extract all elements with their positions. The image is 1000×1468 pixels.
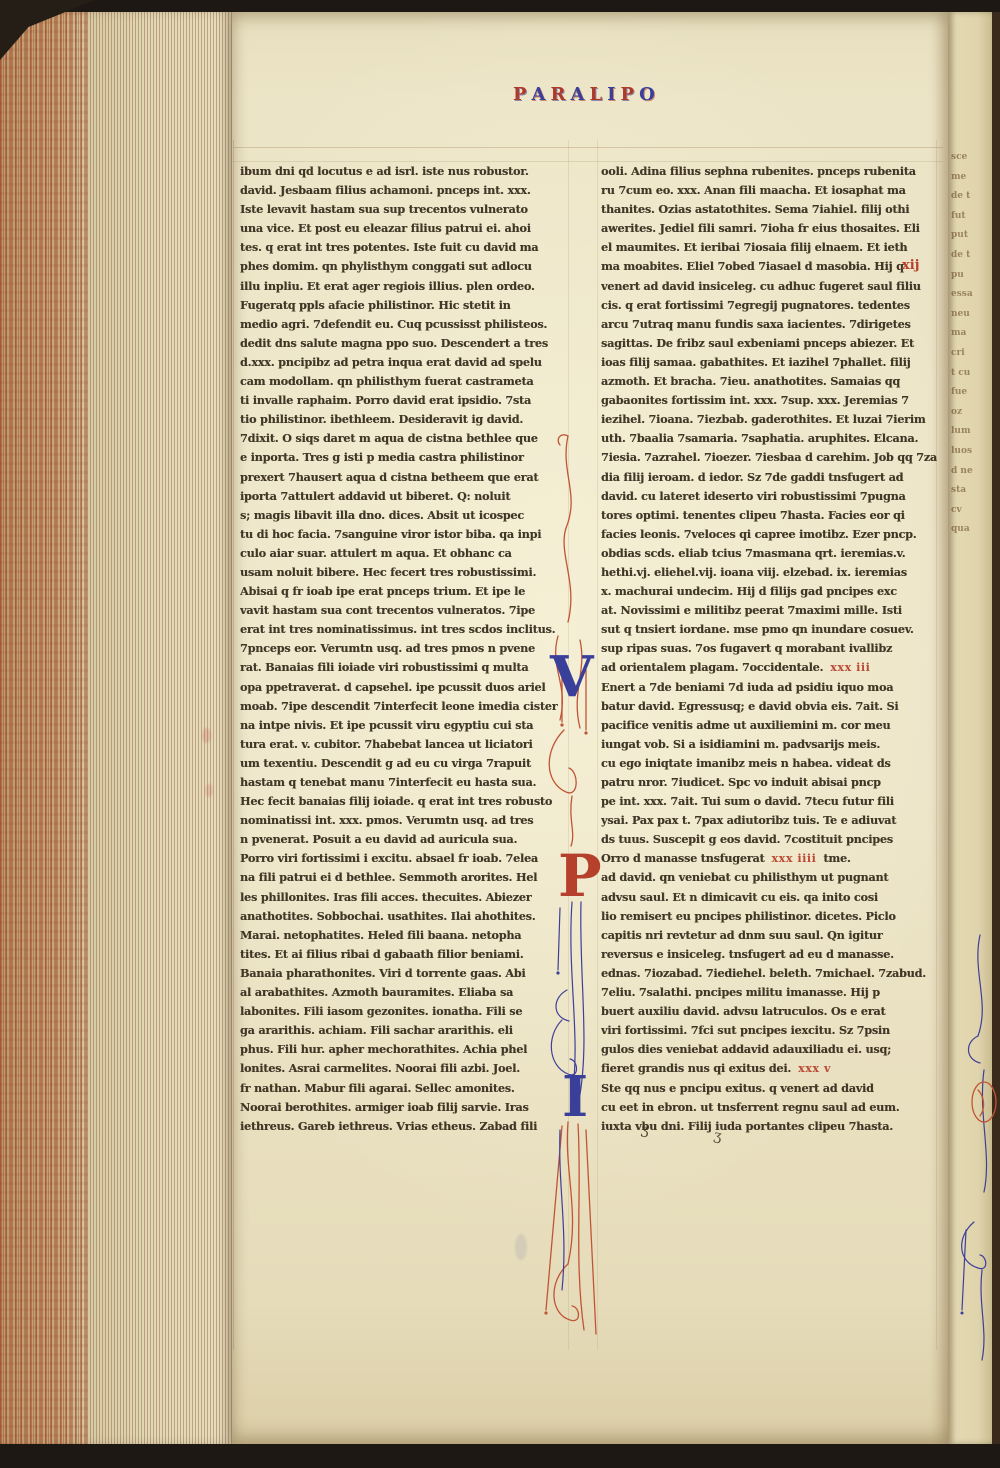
margin-smudge: [205, 784, 213, 797]
text-line: awerites. Jediel fili samri. 7ioha fr ei…: [601, 219, 937, 238]
ghost-text-fragment: t cu: [951, 364, 993, 384]
text-line: obdias scds. eliab tcius 7masmana qrt. i…: [601, 544, 937, 563]
text-line: illu inpliu. Et erat ager regiois illius…: [240, 277, 576, 296]
ghost-text-fragment: ma: [951, 324, 993, 344]
text-line: ds tuus. Suscepit g eos david. 7costitui…: [601, 830, 937, 849]
text-line: ru 7cum eo. xxx. Anan fili maacha. Et io…: [601, 181, 937, 200]
text-line: tites. Et ai filius ribai d gabaath fili…: [240, 945, 576, 964]
text-line: na fili patrui ei d bethlee. Semmoth aro…: [240, 868, 576, 887]
ghost-text-fragment: oz: [951, 403, 993, 423]
initial-I: I: [562, 1064, 588, 1130]
running-title-letter: I: [607, 84, 620, 105]
text-line: Marai. netophatites. Heled fili baana. n…: [240, 926, 576, 945]
text-line: cis. q erat fortissimi 7egregij pugnator…: [601, 296, 937, 315]
text-column-right: ooli. Adina filius sephna rubenites. pnc…: [601, 162, 937, 1136]
ghost-text-fragment: me: [951, 168, 993, 188]
ghost-text-fragment: sta: [951, 481, 993, 501]
text-line: tes. q erat int tres potentes. Iste fuit…: [240, 238, 576, 257]
text-line: venert ad david insiceleg. cu adhuc fuge…: [601, 277, 937, 296]
chapter-number-rubric: xxx iii: [830, 660, 870, 674]
text-line: gabaonites fortissim int. xxx. 7sup. xxx…: [601, 391, 937, 410]
text-line: tio philistinor. ibethleem. Desideravit …: [240, 410, 576, 429]
text-line: phes domim. qn phylisthym conggati sut a…: [240, 257, 576, 276]
text-line: fr nathan. Mabur fili agarai. Sellec amo…: [240, 1079, 576, 1098]
running-title-letter: L: [589, 84, 607, 105]
text-line: fieret grandis nus qi exitus dei.xxx v: [601, 1059, 937, 1078]
ghost-text-fragment: cv: [951, 501, 993, 521]
text-line: ga ararithis. achiam. Fili sachar ararit…: [240, 1021, 576, 1040]
manuscript-photo: PARALIPO ibum dni qd locutus e ad isrl. …: [0, 0, 1000, 1468]
bleedthrough-smudge: [515, 1234, 527, 1260]
text-line: dedit dns salute magna ppo suo. Descende…: [240, 334, 576, 353]
text-line: Iste levavit hastam sua sup trecentos vu…: [240, 200, 576, 219]
text-line: labonites. Fili iasom gezonites. ionatha…: [240, 1002, 576, 1021]
text-line: prexert 7hausert aqua d cistna betheem q…: [240, 468, 576, 487]
text-segment: Orro d manasse tnsfugerat: [601, 851, 765, 865]
ghost-text-fragment: essa: [951, 285, 993, 305]
text-line: el maumites. Et ieribai 7iosaia filij el…: [601, 238, 937, 257]
ghost-text-fragment: de t: [951, 187, 993, 207]
text-line: iezihel. 7ioana. 7iezbab. gaderothites. …: [601, 410, 937, 429]
text-line: sup ripas suas. 7os fugavert q morabant …: [601, 639, 937, 658]
text-line: patru nror. 7iudicet. Spc vo induit abis…: [601, 773, 937, 792]
text-line: sagittas. De fribz saul exbeniami pnceps…: [601, 334, 937, 353]
text-line: na intpe nivis. Et ipe pcussit viru egyp…: [240, 716, 576, 735]
text-line: Hec fecit banaias filij ioiade. q erat i…: [240, 792, 576, 811]
text-line: ibum dni qd locutus e ad isrl. iste nus …: [240, 162, 576, 181]
text-line: dia filij ieroam. d iedor. Sz 7de gaddi …: [601, 468, 937, 487]
text-line: pacifice venitis adme ut auxiliemini m. …: [601, 716, 937, 735]
text-line: rat. Banaias fili ioiade viri robustissi…: [240, 658, 576, 677]
text-line: d.xxx. pncipibz ad petra inqua erat davi…: [240, 353, 576, 372]
text-line: iporta 7attulert addavid ut biberet. Q: …: [240, 487, 576, 506]
margin-smudge: [202, 728, 211, 743]
ghost-text-fragment: neu: [951, 305, 993, 325]
text-line: culo aiar suar. attulert m aqua. Et obha…: [240, 544, 576, 563]
text-line: x. machurai undecim. Hij d filijs gad pn…: [601, 582, 937, 601]
text-line: opa ppetraverat. d capsehel. ipe pcussit…: [240, 678, 576, 697]
text-line: ooli. Adina filius sephna rubenites. pnc…: [601, 162, 937, 181]
running-title-letter: P: [621, 84, 640, 105]
text-line: 7pnceps eor. Verumtn usq. ad tres pmos n…: [240, 639, 576, 658]
text-line: cu ego iniqtate imanibz meis n habea. vi…: [601, 754, 937, 773]
text-line: azmoth. Et bracha. 7ieu. anathotites. Sa…: [601, 372, 937, 391]
text-line: una vice. Et post eu eleazar filius patr…: [240, 219, 576, 238]
running-title: PARALIPO: [513, 84, 660, 105]
text-line: hethi.vj. eliehel.vij. ioana viij. elzeb…: [601, 563, 937, 582]
text-line: phus. Fili hur. apher mechorathites. Ach…: [240, 1040, 576, 1059]
text-line: al arabathites. Azmoth bauramites. Eliab…: [240, 983, 576, 1002]
text-line: Porro viri fortissimi i excitu. absael f…: [240, 849, 576, 868]
text-line: erat int tres nominatissimus. int tres s…: [240, 620, 576, 639]
text-line: vavit hastam sua cont trecentos vulnerat…: [240, 601, 576, 620]
text-line: tu di hoc facia. 7sanguine viror istor b…: [240, 525, 576, 544]
text-line: ad orientalem plagam. 7occidentale.xxx i…: [601, 658, 937, 677]
text-line: cu eet in ebron. ut tnsferrent regnu sau…: [601, 1098, 937, 1117]
ruling-line-vertical: [233, 140, 234, 1350]
ghost-text-fragment: lum: [951, 422, 993, 442]
text-line: facies leonis. 7veloces qi capree imotib…: [601, 525, 937, 544]
text-line: advsu saul. Et n dimicavit cu eis. qa in…: [601, 888, 937, 907]
text-line: 7eliu. 7salathi. pncipes militu imanasse…: [601, 983, 937, 1002]
ghost-text-fragment: cri: [951, 344, 993, 364]
text-line: ysai. Pax pax t. 7pax adiutoribz tuis. T…: [601, 811, 937, 830]
running-title-letter: P: [513, 84, 532, 105]
text-line: n pvenerat. Posuit a eu david ad auricul…: [240, 830, 576, 849]
ghost-text-fragment: d ne: [951, 462, 993, 482]
text-line: sut q tnsiert iordane. mse pmo qn inunda…: [601, 620, 937, 639]
text-line: iungat vob. Si a isidiamini m. padvsarij…: [601, 735, 937, 754]
text-line: pe int. xxx. 7ait. Tui sum o david. 7tec…: [601, 792, 937, 811]
text-line: david. Jesbaam filius achamoni. pnceps i…: [240, 181, 576, 200]
text-line: ioas filij samaa. gabathites. Et iazihel…: [601, 353, 937, 372]
background-top: [0, 0, 1000, 12]
text-line: e inporta. Tres g isti p media castra ph…: [240, 448, 576, 467]
ghost-text-fragment: luos: [951, 442, 993, 462]
text-line: iuxta vbu dni. Filij iuda portantes clip…: [601, 1117, 937, 1136]
text-line: tores optimi. tenentes clipeu 7hasta. Fa…: [601, 506, 937, 525]
ghost-text-fragment: put: [951, 226, 993, 246]
pen-flourish-initials: V P I: [538, 430, 618, 1350]
next-folio-ghost-text: scemede tfutputde tpuessaneumacrit cufue…: [951, 148, 993, 568]
text-line: hastam q tenebat manu 7interfecit eu has…: [240, 773, 576, 792]
text-line: moab. 7ipe descendit 7interfecit leone i…: [240, 697, 576, 716]
text-line: medio agri. 7defendit eu. Cuq pcussisst …: [240, 315, 576, 334]
text-line: um texentiu. Descendit g ad eu cu virga …: [240, 754, 576, 773]
running-title-letter: A: [532, 84, 551, 105]
chapter-number-rubric: xxx v: [798, 1061, 831, 1075]
ruling-line-horizontal: [233, 147, 943, 148]
text-line: ti invalle raphaim. Porro david erat ips…: [240, 391, 576, 410]
text-line: 7dixit. O siqs daret m aqua de cistna be…: [240, 429, 576, 448]
text-line: Orro d manasse tnsfugeratxxx iiiitme.: [601, 849, 937, 868]
ghost-text-fragment: qua: [951, 520, 993, 540]
background-bottom: [0, 1444, 1000, 1468]
text-line: gulos dies veniebat addavid adauxiliadu …: [601, 1040, 937, 1059]
text-line: buert auxiliu david. advsu latruculos. O…: [601, 1002, 937, 1021]
text-line: Enert a 7de beniami 7d iuda ad psidiu iq…: [601, 678, 937, 697]
text-line: s; magis libavit illa dno. dices. Absit …: [240, 506, 576, 525]
ghost-text-fragment: pu: [951, 266, 993, 286]
text-line: iethreus. Gareb iethreus. Vrias etheus. …: [240, 1117, 576, 1136]
left-page-edge-stack: [0, 10, 232, 1446]
text-line: Abisai q fr ioab ipe erat pnceps trium. …: [240, 582, 576, 601]
running-title-letter: A: [570, 84, 589, 105]
text-line: arcu 7utraq manu fundis saxa iacientes. …: [601, 315, 937, 334]
ghost-text-fragment: fue: [951, 383, 993, 403]
text-line: david. cu lateret ideserto viri robustis…: [601, 487, 937, 506]
text-line: cam modollam. qn philisthym fuerat castr…: [240, 372, 576, 391]
text-line: Banaia pharathonites. Viri d torrente ga…: [240, 964, 576, 983]
initial-V: V: [549, 644, 595, 710]
text-line: ad david. qn veniebat cu philisthym ut p…: [601, 868, 937, 887]
text-line: nominatissi int. xxx. pmos. Verumtn usq.…: [240, 811, 576, 830]
text-line: les phillonites. Iras fili acces. thecui…: [240, 888, 576, 907]
red-speckled-edge: [0, 10, 88, 1446]
margin-chapter-numeral: xij: [902, 258, 919, 273]
text-line: lio remisert eu pncipes philistinor. dic…: [601, 907, 937, 926]
text-line: Fugeratq ppls afacie philistinor. Hic st…: [240, 296, 576, 315]
text-line: tura erat. v. cubitor. 7habebat lancea u…: [240, 735, 576, 754]
text-line: batur david. Egressusq; e david obvia ei…: [601, 697, 937, 716]
text-segment: tme.: [823, 851, 850, 865]
running-title-letter: O: [639, 84, 660, 105]
text-line: Ste qq nus e pncipu exitus. q venert ad …: [601, 1079, 937, 1098]
text-line: usam noluit bibere. Hec fecert tres robu…: [240, 563, 576, 582]
text-segment: fieret grandis nus qi exitus dei.: [601, 1061, 791, 1075]
text-line: ednas. 7iozabad. 7iediehel. beleth. 7mic…: [601, 964, 937, 983]
text-line: at. Novissimi e militibz peerat 7maximi …: [601, 601, 937, 620]
text-line: capitis nri revtetur ad dnm suu saul. Qn…: [601, 926, 937, 945]
ghost-text-fragment: de t: [951, 246, 993, 266]
text-column-left: ibum dni qd locutus e ad isrl. iste nus …: [240, 162, 576, 1136]
initial-P: P: [558, 842, 602, 910]
ghost-text-fragment: sce: [951, 148, 993, 168]
ghost-text-fragment: fut: [951, 207, 993, 227]
next-folio-flourish: [944, 930, 998, 1365]
text-line: ma moabites. Eliel 7obed 7iasael d masob…: [601, 257, 937, 276]
text-line: thanites. Ozias astatothites. Sema 7iahi…: [601, 200, 937, 219]
text-line: Noorai berothites. armiger ioab filij sa…: [240, 1098, 576, 1117]
text-line: lonites. Asrai carmelites. Noorai fili a…: [240, 1059, 576, 1078]
text-segment: ad orientalem plagam. 7occidentale.: [601, 660, 823, 674]
text-line: uth. 7baalia 7samaria. 7saphatia. aruphi…: [601, 429, 937, 448]
running-title-letter: R: [551, 84, 571, 105]
text-line: reversus e insiceleg. tnsfugert ad eu d …: [601, 945, 937, 964]
chapter-number-rubric: xxx iiii: [772, 851, 817, 865]
text-line: viri fortissimi. 7fci sut pncipes iexcit…: [601, 1021, 937, 1040]
text-line: anathotites. Sobbochai. usathites. Ilai …: [240, 907, 576, 926]
text-line: 7iesia. 7azrahel. 7ioezer. 7iesbaa d car…: [601, 448, 937, 467]
